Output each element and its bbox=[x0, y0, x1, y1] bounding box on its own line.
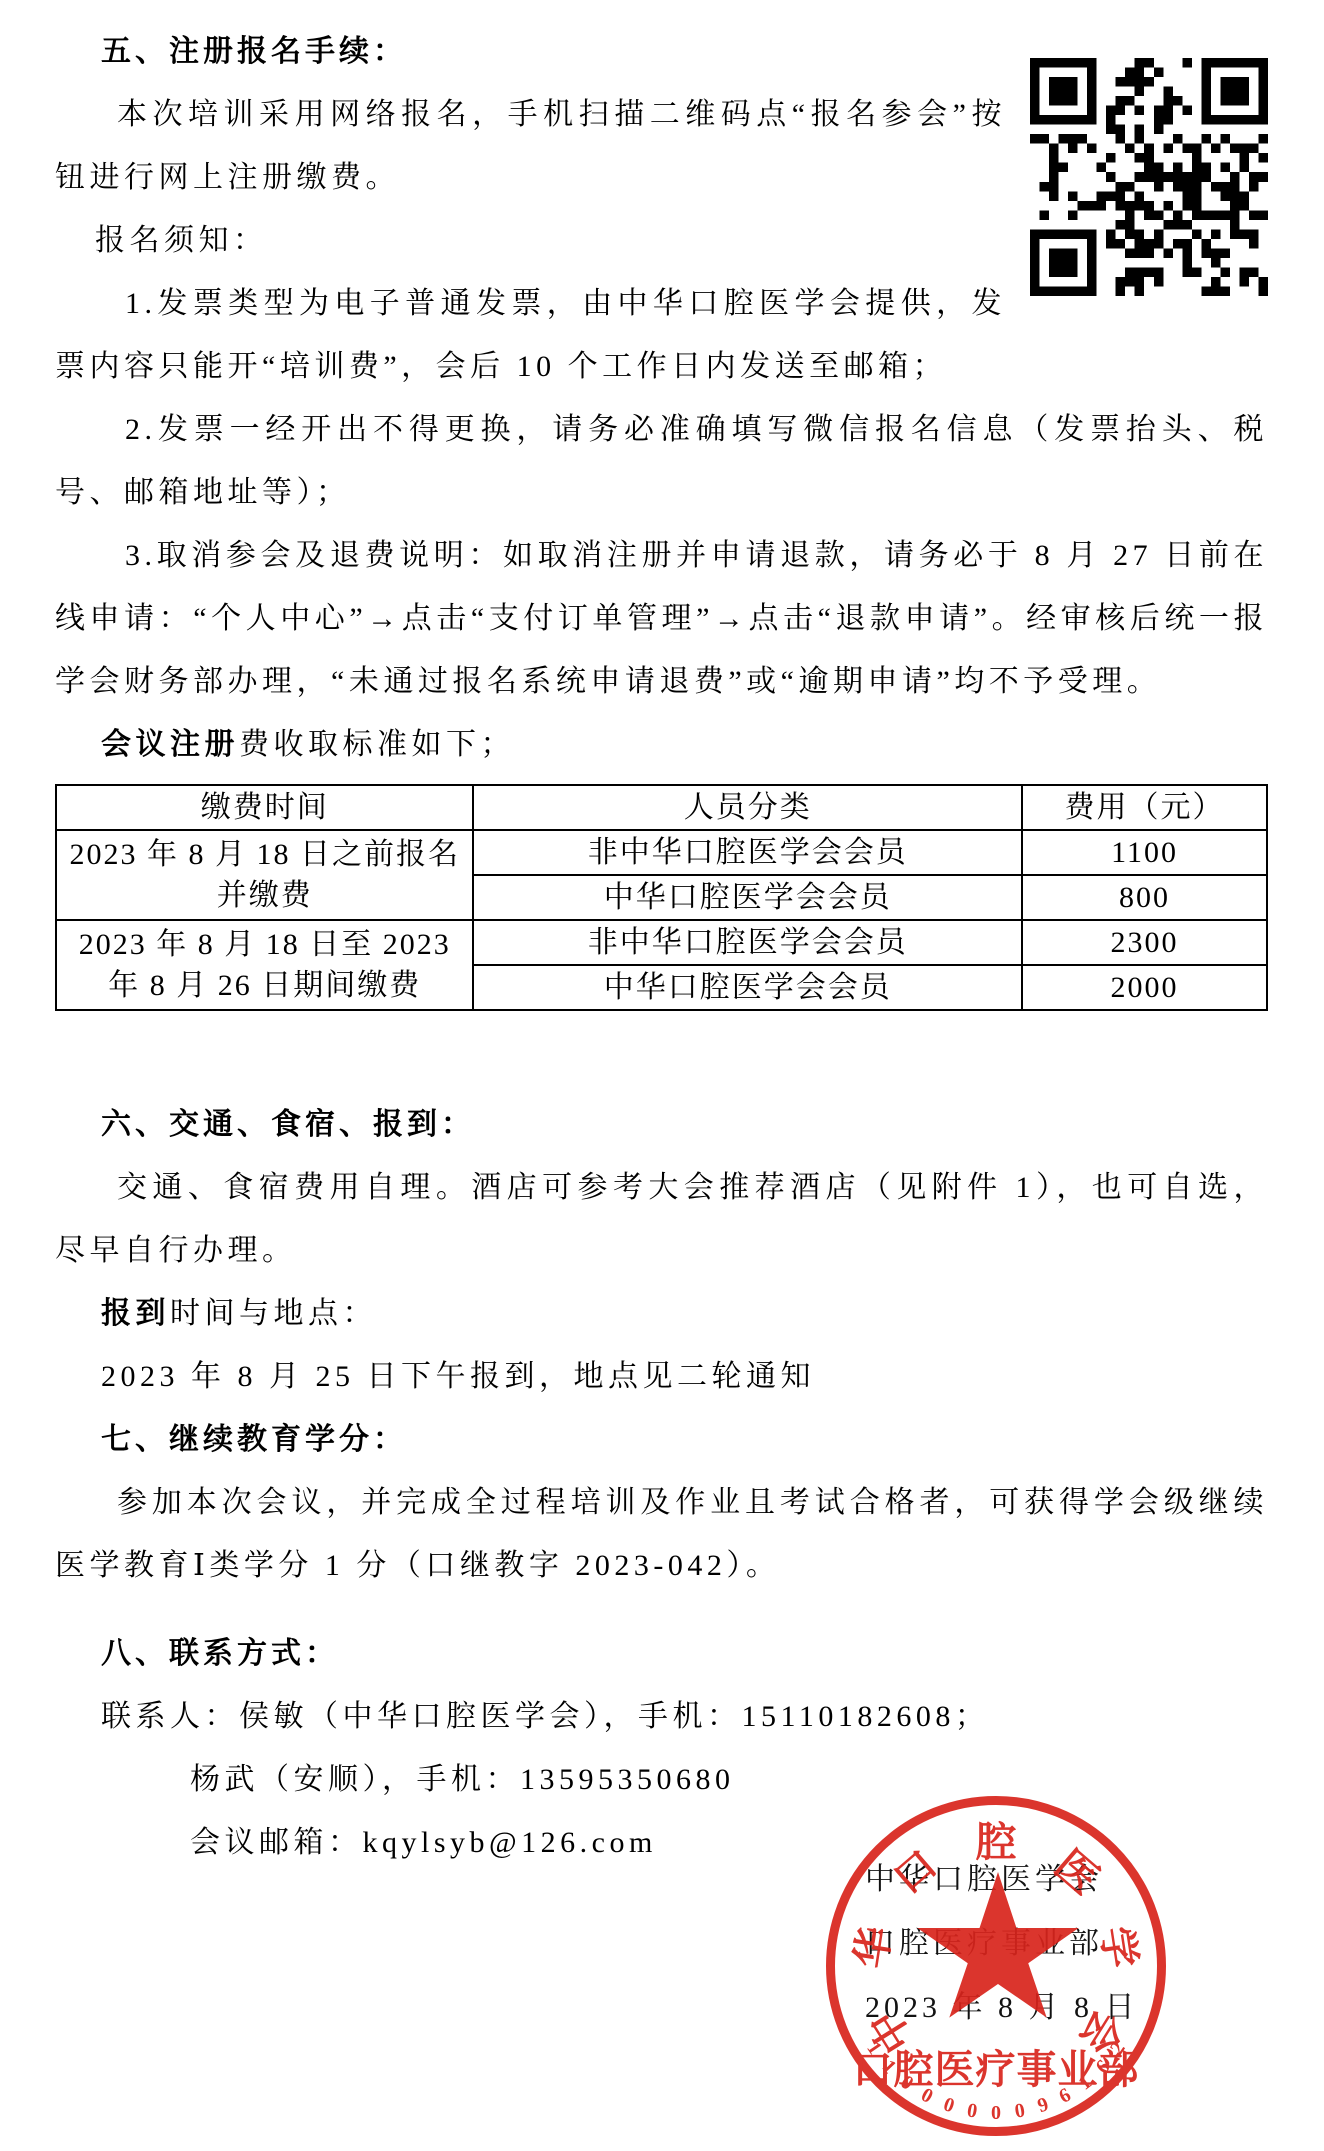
cell-fee: 2300 bbox=[1022, 920, 1267, 965]
fee-intro-rest: 费收取标准如下； bbox=[239, 728, 515, 761]
signature-dept: 口腔医疗事业部 bbox=[865, 1912, 1139, 1976]
credits-para: 参加本次会议，并完成全过程培训及作业且考试合格者，可获得学会级继续医学教育Ⅰ类学… bbox=[55, 1471, 1268, 1597]
seal-serial-digit: 9 bbox=[1029, 2090, 1056, 2121]
checkin-info: 2023 年 8 月 25 日下午报到，地点见二轮通知 bbox=[55, 1345, 1268, 1408]
header-pay-time: 缴费时间 bbox=[56, 785, 473, 830]
seal-serial-digit: 0 bbox=[1008, 2097, 1032, 2126]
cell-category: 中华口腔医学会会员 bbox=[473, 875, 1022, 920]
fee-table-header-row: 缴费时间 人员分类 费用（元） bbox=[56, 785, 1267, 830]
signature-org: 中华口腔医学会 bbox=[865, 1848, 1139, 1912]
notice-item-3: 3.取消参会及退费说明：如取消注册并申请退款，请务必于 8 月 27 日前在线申… bbox=[55, 524, 1268, 713]
seal-serial-digit: 1 bbox=[1069, 2066, 1101, 2099]
registration-qr bbox=[1030, 58, 1268, 303]
seal-serial-digit: 6 bbox=[1087, 2051, 1120, 2083]
seal-serial-digit: 1 bbox=[873, 2051, 906, 2083]
notice-document: 五、注册报名手续： 本次培训采用网络报名，手机扫描二维码点“报名参会”按钮进行网… bbox=[0, 0, 1324, 2151]
cell-fee: 800 bbox=[1022, 875, 1267, 920]
signature-block: 中华口腔医学会 口腔医疗事业部 2023 年 8 月 8 日 bbox=[865, 1848, 1139, 2040]
fee-intro-bold: 会议注册 bbox=[101, 728, 239, 761]
cell-time-early: 2023 年 8 月 18 日之前报名并缴费 bbox=[56, 830, 473, 920]
table-row: 2023 年 8 月 18 日之前报名并缴费 非中华口腔医学会会员 1100 bbox=[56, 830, 1267, 875]
travel-para: 交通、食宿费用自理。酒店可参考大会推荐酒店（见附件 1），也可自选，尽早自行办理… bbox=[55, 1156, 1268, 1282]
checkin-bold: 报到 bbox=[101, 1297, 170, 1330]
notice-item-2: 2.发票一经开出不得更换，请务必准确填写微信报名信息（发票抬头、税号、邮箱地址等… bbox=[55, 398, 1268, 524]
contact-line-2: 杨武（安顺），手机：13595350680 bbox=[55, 1748, 1268, 1811]
checkin-rest: 时间与地点： bbox=[170, 1297, 377, 1330]
checkin-label-line: 报到时间与地点： bbox=[55, 1282, 1268, 1345]
seal-serial-digit: 0 bbox=[912, 2080, 942, 2112]
signature-date: 2023 年 8 月 8 日 bbox=[865, 1976, 1139, 2040]
section-travel-heading: 六、交通、食宿、报到： bbox=[55, 1093, 1268, 1156]
seal-serial-digit: 0 bbox=[891, 2066, 923, 2099]
qr-code-icon bbox=[1030, 58, 1268, 296]
fee-intro-line: 会议注册费收取标准如下； bbox=[55, 713, 1268, 776]
section-contact-heading: 八、联系方式： bbox=[55, 1622, 1268, 1685]
cell-category: 中华口腔医学会会员 bbox=[473, 965, 1022, 1010]
fee-table: 缴费时间 人员分类 费用（元） 2023 年 8 月 18 日之前报名并缴费 非… bbox=[55, 784, 1268, 1011]
section-credits-heading: 七、继续教育学分： bbox=[55, 1408, 1268, 1471]
header-category: 人员分类 bbox=[473, 785, 1022, 830]
cell-category: 非中华口腔医学会会员 bbox=[473, 830, 1022, 875]
seal-serial-digit: 0 bbox=[960, 2097, 984, 2126]
seal-bottom-text: 口腔医疗事业部 bbox=[826, 2038, 1166, 2095]
cell-time-late: 2023 年 8 月 18 日至 2023 年 8 月 26 日期间缴费 bbox=[56, 920, 473, 1010]
seal-serial-digit: 0 bbox=[935, 2090, 962, 2121]
table-row: 2023 年 8 月 18 日至 2023 年 8 月 26 日期间缴费 非中华… bbox=[56, 920, 1267, 965]
seal-serial-digit: 0 bbox=[986, 2100, 1006, 2126]
contact-line-1: 联系人：侯敏（中华口腔医学会），手机：15110182608； bbox=[55, 1685, 1268, 1748]
seal-serial-digit: 6 bbox=[1050, 2080, 1080, 2112]
cell-fee: 2000 bbox=[1022, 965, 1267, 1010]
header-fee: 费用（元） bbox=[1022, 785, 1267, 830]
cell-fee: 1100 bbox=[1022, 830, 1267, 875]
cell-category: 非中华口腔医学会会员 bbox=[473, 920, 1022, 965]
registration-flow: 本次培训采用网络报名，手机扫描二维码点“报名参会”按钮进行网上注册缴费。 报名须… bbox=[55, 83, 1268, 776]
